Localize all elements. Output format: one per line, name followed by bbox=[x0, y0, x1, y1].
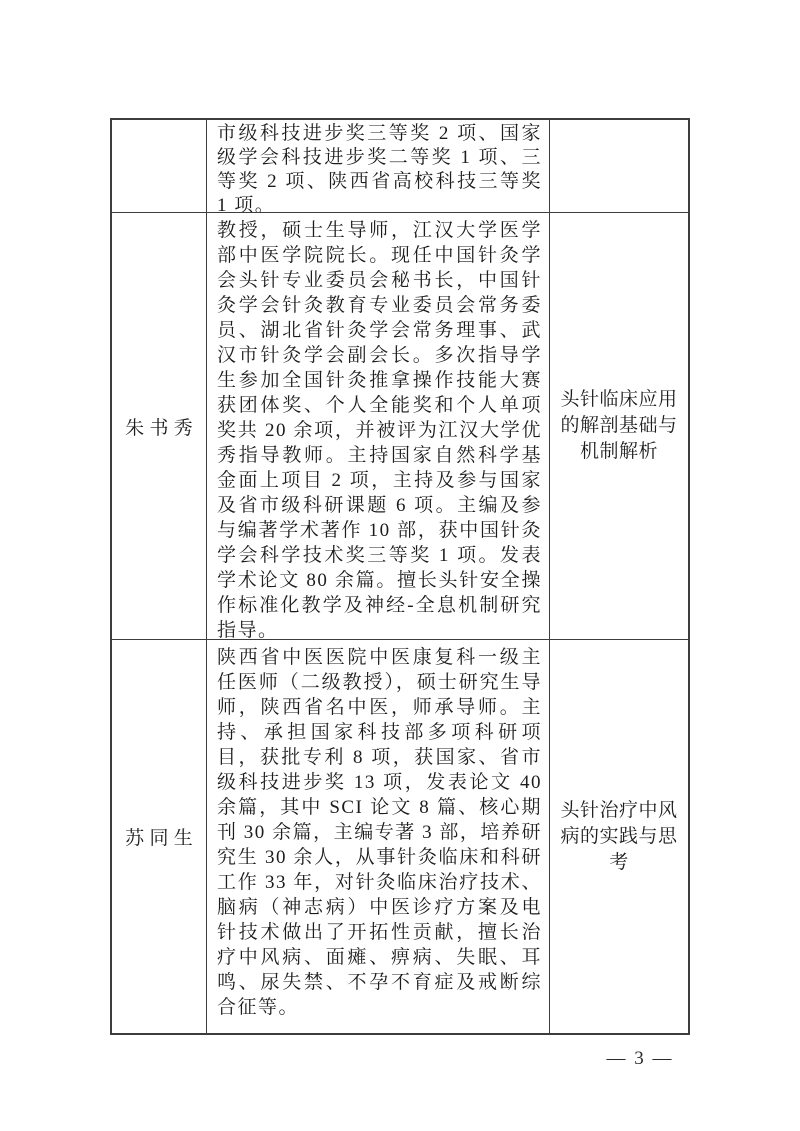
bio-cell: 陕西省中医医院中医康复科一级主任医师（二级教授），硕士研究生导师，陕西省名中医，… bbox=[207, 640, 550, 1033]
topic-cell: 头针治疗中风病的实践与思考 bbox=[550, 640, 688, 1033]
document-page: 市级科技进步奖三等奖 2 项、国家级学会科技进步奖二等奖 1 项、三等奖 2 项… bbox=[0, 0, 800, 1131]
page-number: — 3 — bbox=[560, 1048, 720, 1070]
table-row-sutongsheng: 苏同生 陕西省中医医院中医康复科一级主任医师（二级教授），硕士研究生导师，陕西省… bbox=[112, 640, 688, 1033]
bio-cell: 市级科技进步奖三等奖 2 项、国家级学会科技进步奖二等奖 1 项、三等奖 2 项… bbox=[207, 120, 550, 212]
table-row-zhushuxiu: 朱书秀 教授，硕士生导师，江汉大学医学部中医学院院长。现任中国针灸学会头针专业委… bbox=[112, 213, 688, 640]
table-row-continuation: 市级科技进步奖三等奖 2 项、国家级学会科技进步奖二等奖 1 项、三等奖 2 项… bbox=[112, 120, 688, 213]
topic-cell: 头针临床应用的解剖基础与机制解析 bbox=[550, 213, 688, 639]
name-cell bbox=[112, 120, 207, 212]
name-cell: 苏同生 bbox=[112, 640, 207, 1033]
name-cell: 朱书秀 bbox=[112, 213, 207, 639]
bio-cell: 教授，硕士生导师，江汉大学医学部中医学院院长。现任中国针灸学会头针专业委员会秘书… bbox=[207, 213, 550, 639]
experts-table: 市级科技进步奖三等奖 2 项、国家级学会科技进步奖二等奖 1 项、三等奖 2 项… bbox=[110, 118, 690, 1035]
topic-cell bbox=[550, 120, 688, 212]
